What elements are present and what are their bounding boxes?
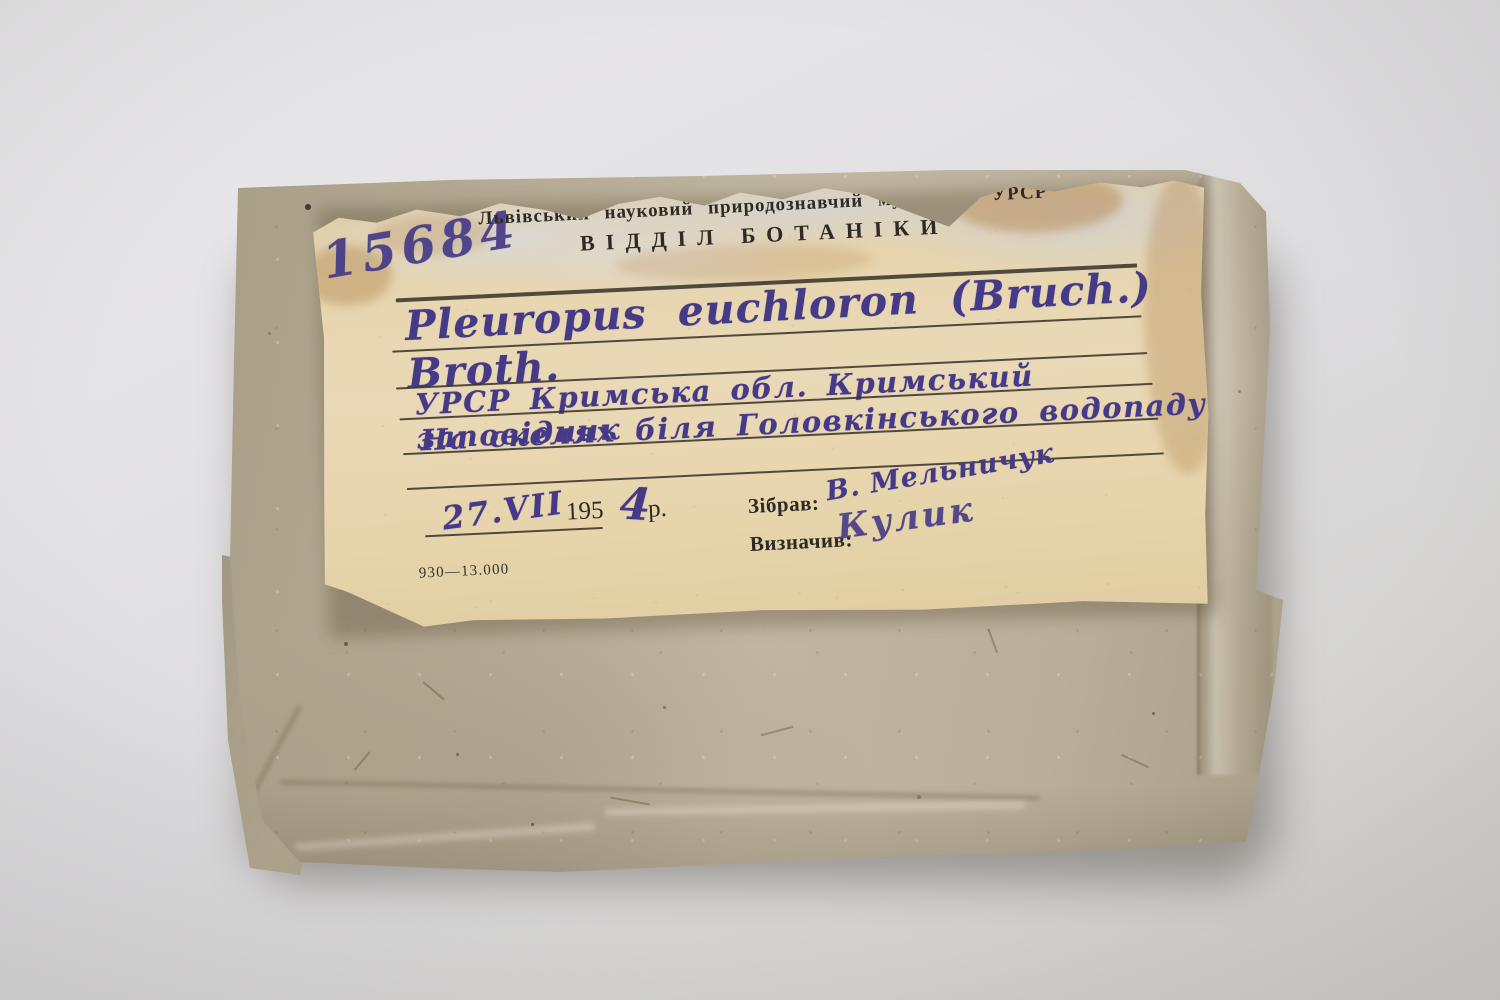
paper-speck [1152,712,1155,715]
paper-speck [305,204,311,210]
photo-scene: 15684 Львівський науковий природознавчий… [0,0,1500,1000]
paper-speck [917,795,921,799]
herbarium-label: 15684 Львівський науковий природознавчий… [312,174,1216,635]
paper-speck [268,332,271,335]
year-suffix: р. [647,495,667,524]
paper-speck [663,706,666,709]
print-code: 930—13.000 [418,561,509,582]
year-printed-prefix: 195 [565,497,604,527]
paper-speck [344,642,348,646]
collected-label: Зібрав: [747,491,820,519]
label-form: 15684 Львівський науковий природознавчий… [309,158,1221,636]
paper-speck [456,753,459,756]
paper-speck [531,823,534,826]
paper-speck [1238,390,1241,393]
